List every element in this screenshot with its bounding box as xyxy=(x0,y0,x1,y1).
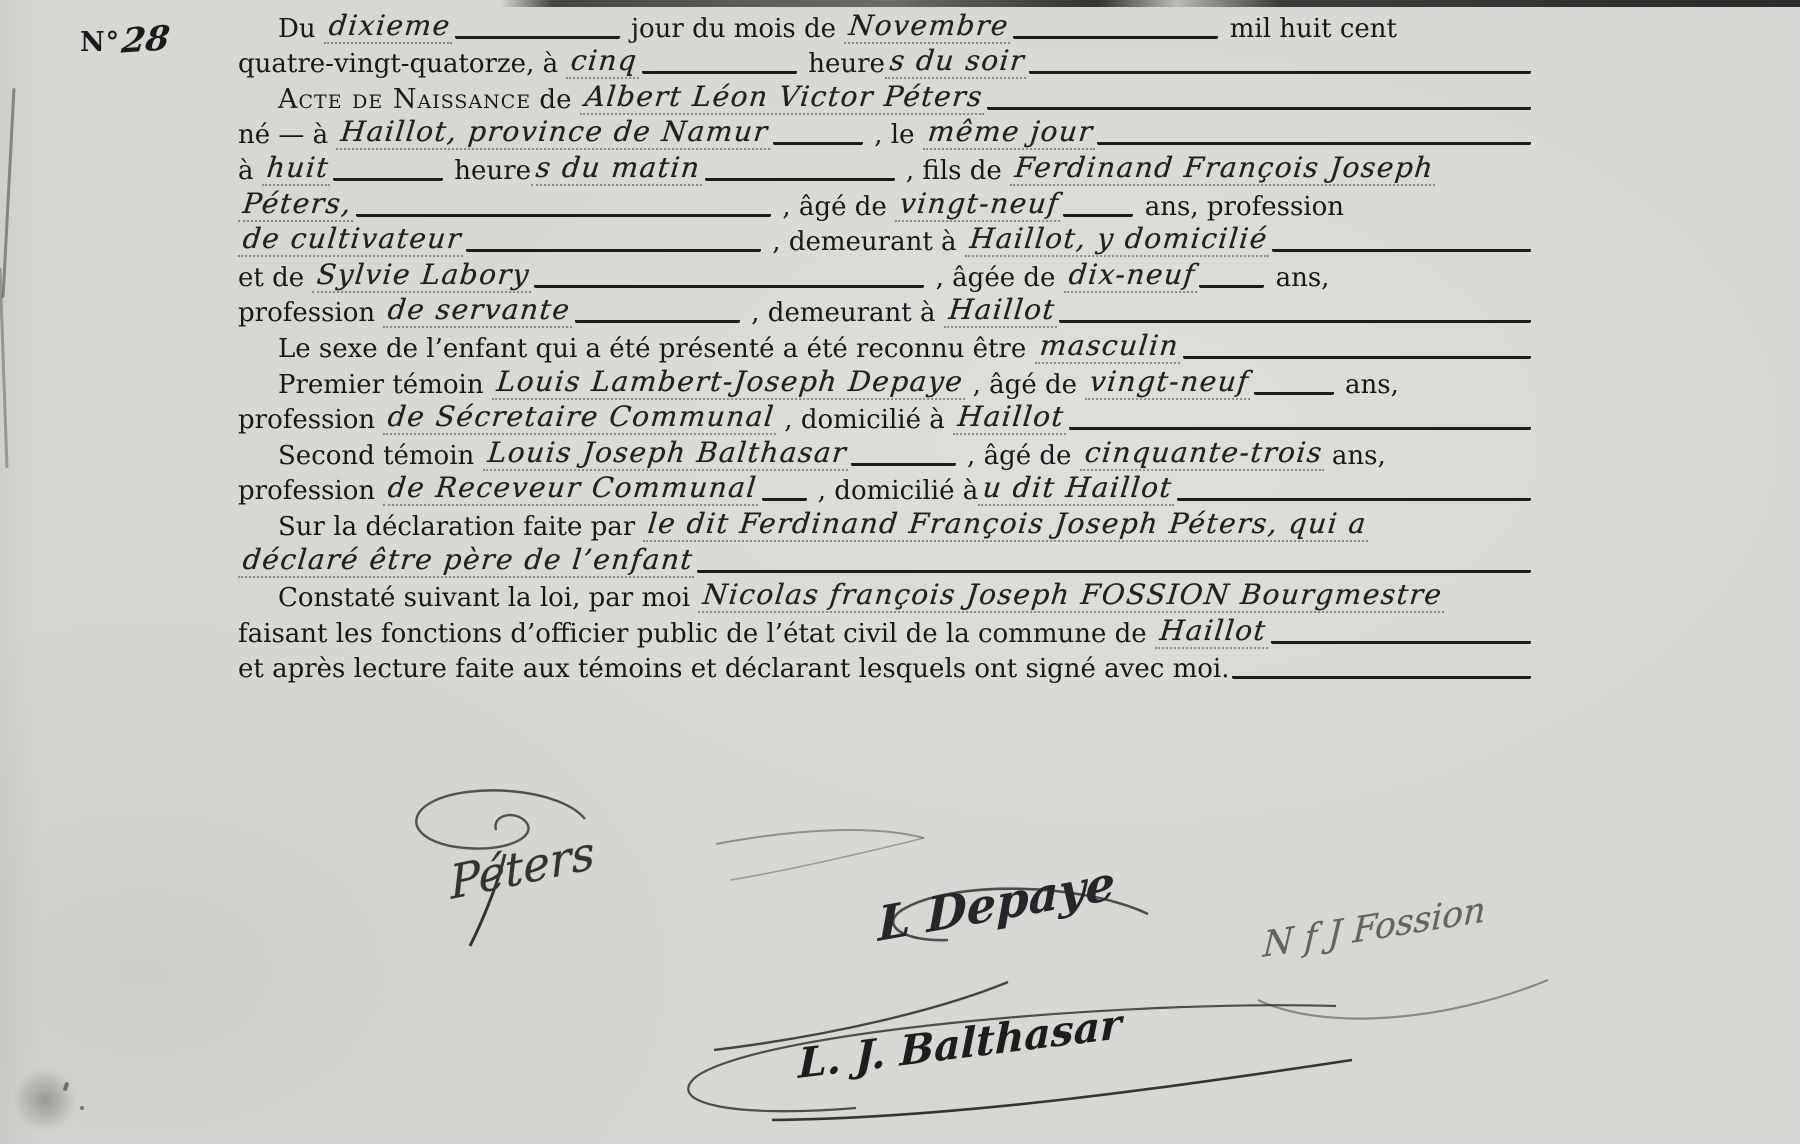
printed-text: mil huit cent xyxy=(1221,14,1396,44)
printed-text: et de xyxy=(238,263,312,293)
form-line: et après lecture faite aux témoins et dé… xyxy=(238,649,1534,685)
handwritten-entry: Haillot xyxy=(1155,615,1271,649)
printed-text: de xyxy=(531,85,580,115)
printed-text: ans, xyxy=(1337,370,1399,400)
handwritten-entry: cinq xyxy=(566,45,642,79)
handwritten-entry: Louis Joseph Balthasar xyxy=(483,437,852,471)
blank-rule xyxy=(455,26,620,39)
printed-text: Premier témoin xyxy=(278,370,492,400)
ink-speck xyxy=(80,1106,84,1110)
printed-text: à xyxy=(238,156,262,186)
blank-rule xyxy=(1013,26,1218,39)
handwritten-entry: huit xyxy=(262,152,334,186)
handwritten-entry: Haillot xyxy=(944,294,1060,328)
handwritten-entry: le dit Ferdinand François Joseph Péters,… xyxy=(643,508,1372,542)
printed-text: , demeurant à xyxy=(764,227,965,257)
handwritten-entry: Haillot xyxy=(953,401,1069,435)
blank-rule xyxy=(1029,61,1531,74)
printed-text: né — à xyxy=(238,120,336,150)
printed-text: heure xyxy=(800,49,885,79)
form-line: Acte de Naissance de Albert Léon Victor … xyxy=(238,79,1534,115)
blank-rule xyxy=(1069,417,1531,430)
handwritten-entry: Haillot, province de Namur xyxy=(336,116,773,150)
record-number-value: 28 xyxy=(120,18,172,61)
printed-text: ans, profession xyxy=(1136,192,1344,222)
printed-text: , âgé de xyxy=(964,370,1085,400)
handwritten-entry: Novembre xyxy=(844,10,1014,44)
printed-text: Second témoin xyxy=(278,441,483,471)
printed-text: , fils de xyxy=(898,156,1010,186)
form-line: faisant les fonctions d’officier public … xyxy=(238,613,1534,649)
blank-rule xyxy=(1254,382,1334,395)
handwritten-entry: vingt-neuf xyxy=(895,188,1064,222)
printed-text: , domicilié à xyxy=(810,476,979,506)
printed-text: , domicilié à xyxy=(776,405,953,435)
blank-rule xyxy=(1272,239,1531,252)
handwritten-entry: cinquante-trois xyxy=(1080,437,1328,471)
handwritten-entry: de Receveur Communal xyxy=(383,472,762,506)
form-line: Second témoin Louis Joseph Balthasar , â… xyxy=(238,435,1534,471)
form-line: Constaté suivant la loi, par moi Nicolas… xyxy=(238,578,1534,614)
handwritten-entry: déclaré être père de l’enfant xyxy=(238,544,698,578)
printed-text: quatre-vingt-quatorze, à xyxy=(238,49,566,79)
printed-text: , demeurant à xyxy=(743,298,944,328)
form-line: Le sexe de l’enfant qui a été présenté a… xyxy=(238,328,1534,364)
printed-text: Sur la déclaration faite par xyxy=(278,512,643,542)
handwritten-entry: Louis Lambert-Joseph Depaye xyxy=(492,366,968,400)
handwritten-entry: Nicolas françois Joseph FOSSION Bourgmes… xyxy=(698,579,1447,613)
scan-scratch xyxy=(2,88,16,298)
blank-rule xyxy=(1271,631,1531,644)
printed-text: ans, xyxy=(1324,441,1386,471)
handwritten-entry: de Sécretaire Communal xyxy=(383,401,779,435)
form-line: Péters, , âgé de vingt-neuf ans, profess… xyxy=(238,186,1534,222)
handwritten-entry: dix-neuf xyxy=(1064,259,1200,293)
scan-scratch xyxy=(0,268,8,468)
handwritten-entry: u dit Haillot xyxy=(978,472,1177,506)
form-lines: Du dixieme jour du mois de Novembre mil … xyxy=(238,8,1534,684)
form-line: né — à Haillot, province de Namur , le m… xyxy=(238,115,1534,151)
form-line: à huit heures du matin , fils de Ferdina… xyxy=(238,150,1534,186)
form-line: profession de servante , demeurant à Hai… xyxy=(238,293,1534,329)
birth-certificate-scan: N°28 Du dixieme jour du mois de Novembre… xyxy=(0,0,1800,1144)
printed-text: , le xyxy=(866,120,923,150)
printed-text: profession xyxy=(238,476,383,506)
blank-rule xyxy=(466,239,761,252)
record-number-label: N° xyxy=(80,27,120,58)
handwritten-entry: masculin xyxy=(1035,330,1184,364)
printed-text: Le sexe de l’enfant qui a été présenté a… xyxy=(278,334,1035,364)
printed-text: faisant les fonctions d’officier public … xyxy=(238,619,1155,649)
form-line: Premier témoin Louis Lambert-Joseph Depa… xyxy=(238,364,1534,400)
printed-text: profession xyxy=(238,405,383,435)
printed-text: , âgé de xyxy=(774,192,895,222)
blank-rule xyxy=(705,168,895,181)
handwritten-entry: Albert Léon Victor Péters xyxy=(580,81,988,115)
scan-smudge xyxy=(2,1056,88,1144)
form-line: profession de Receveur Communal , domici… xyxy=(238,471,1534,507)
printed-text: jour du mois de xyxy=(623,14,845,44)
previous-record-remnant xyxy=(500,0,1800,7)
printed-text: Du xyxy=(278,14,324,44)
form-line: Du dixieme jour du mois de Novembre mil … xyxy=(238,8,1534,44)
blank-rule xyxy=(333,168,443,181)
form-line: et de Sylvie Labory , âgée de dix-neuf a… xyxy=(238,257,1534,293)
blank-rule xyxy=(1059,310,1531,323)
blank-rule xyxy=(1097,132,1531,145)
blank-rule xyxy=(356,204,771,217)
handwritten-entry: vingt-neuf xyxy=(1085,366,1254,400)
printed-text: ans, xyxy=(1267,263,1329,293)
handwritten-entry: Ferdinand François Joseph xyxy=(1010,152,1439,186)
form-line: de cultivateur , demeurant à Haillot, y … xyxy=(238,222,1534,258)
handwritten-entry: même jour xyxy=(923,116,1098,150)
blank-rule xyxy=(1199,275,1264,288)
printed-heading: Acte de Naissance xyxy=(278,85,531,115)
blank-rule xyxy=(1232,666,1531,679)
blank-rule xyxy=(762,488,807,501)
handwritten-entry: s du soir xyxy=(885,45,1030,79)
handwritten-entry: Sylvie Labory xyxy=(312,259,535,293)
blank-rule xyxy=(987,97,1531,110)
record-number: N°28 xyxy=(80,20,170,60)
handwritten-entry: de servante xyxy=(383,294,575,328)
printed-text: profession xyxy=(238,298,383,328)
blank-rule xyxy=(1177,488,1531,501)
handwritten-entry: Péters, xyxy=(238,188,357,222)
form-line: Sur la déclaration faite par le dit Ferd… xyxy=(238,506,1534,542)
form-line: déclaré être père de l’enfant xyxy=(238,542,1534,578)
printed-text: Constaté suivant la loi, par moi xyxy=(278,583,698,613)
blank-rule xyxy=(1183,346,1531,359)
blank-rule xyxy=(1063,204,1133,217)
handwritten-entry: de cultivateur xyxy=(238,223,467,257)
blank-rule xyxy=(697,560,1531,573)
blank-rule xyxy=(773,132,863,145)
handwritten-entry: dixieme xyxy=(324,10,455,44)
printed-text: heure xyxy=(446,156,531,186)
printed-text: , âgée de xyxy=(927,263,1063,293)
blank-rule xyxy=(534,275,924,288)
blank-rule xyxy=(851,453,956,466)
blank-rule xyxy=(642,61,797,74)
blank-rule xyxy=(575,310,740,323)
printed-text: , âgé de xyxy=(959,441,1080,471)
printed-text: et après lecture faite aux témoins et dé… xyxy=(238,654,1229,684)
form-line: quatre-vingt-quatorze, à cinq heures du … xyxy=(238,44,1534,80)
form-line: profession de Sécretaire Communal , domi… xyxy=(238,400,1534,436)
handwritten-entry: Haillot, y domicilié xyxy=(965,223,1273,257)
signature-block: Péters L Depaye N f J Fossion L. J. Balt… xyxy=(0,684,1800,1144)
handwritten-entry: s du matin xyxy=(531,152,705,186)
